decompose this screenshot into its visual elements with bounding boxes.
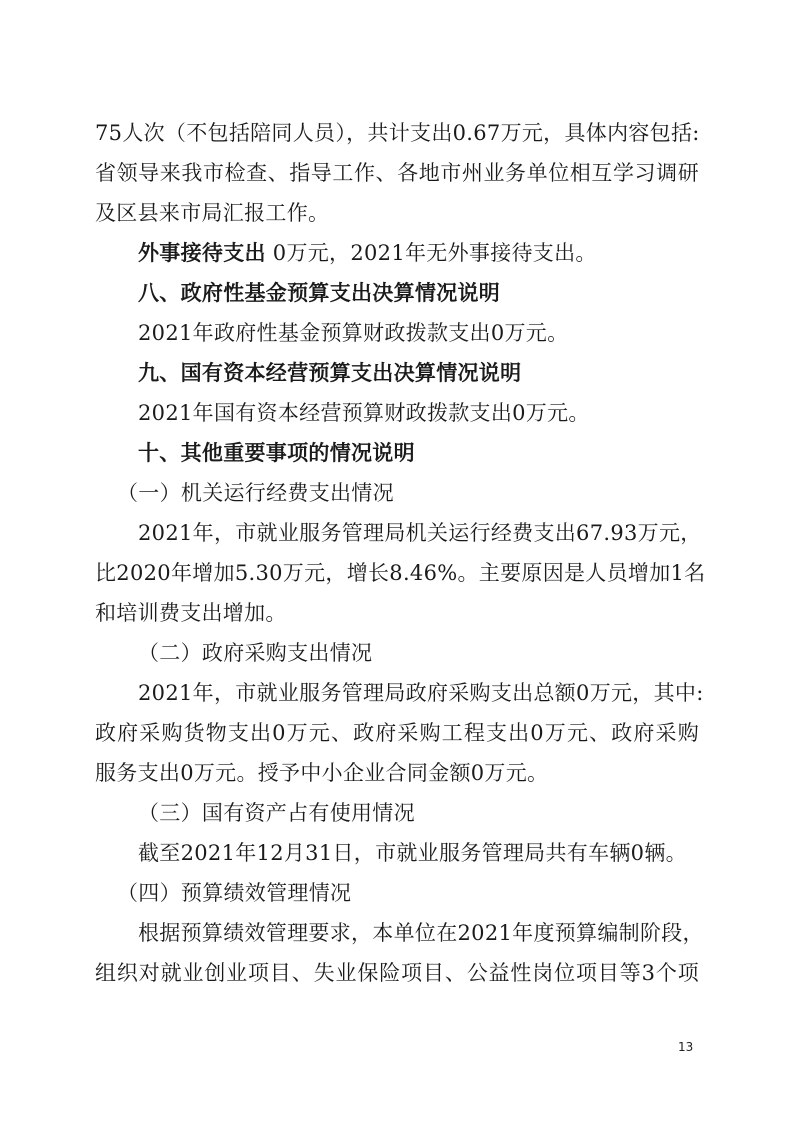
paragraph-line: 组织对就业创业项目、失业保险项目、公益性岗位项目等3个项 [95, 953, 699, 993]
subsection-heading-4: （四）预算绩效管理情况 [95, 873, 699, 913]
paragraph-line: 服务支出0万元。授予中小企业合同金额0万元。 [95, 753, 699, 793]
subsection-heading-3: （三）国有资产占有使用情况 [95, 793, 699, 833]
paragraph-line: 75人次（不包括陪同人员），共计支出0.67万元，具体内容包括: [95, 113, 699, 153]
paragraph-line: 和培训费支出增加。 [95, 593, 699, 633]
paragraph-line: 政府采购货物支出0万元、政府采购工程支出0万元、政府采购 [95, 713, 699, 753]
paragraph-line: 根据预算绩效管理要求，本单位在2021年度预算编制阶段， [95, 913, 699, 953]
paragraph-line: 2021年政府性基金预算财政拨款支出0万元。 [95, 313, 699, 353]
section-heading-9: 九、国有资本经营预算支出决算情况说明 [95, 353, 699, 393]
paragraph-text: 0万元，2021年无外事接待支出。 [266, 241, 597, 265]
subsection-heading-1: （一）机关运行经费支出情况 [95, 473, 699, 513]
paragraph-line: 比2020年增加5.30万元，增长8.46%。主要原因是人员增加1名 [95, 553, 699, 593]
document-page: 75人次（不包括陪同人员），共计支出0.67万元，具体内容包括: 省领导来我市检… [95, 113, 699, 993]
paragraph-line: 省领导来我市检查、指导工作、各地市州业务单位相互学习调研 [95, 153, 699, 193]
paragraph-line: 截至2021年12月31日，市就业服务管理局共有车辆0辆。 [95, 833, 699, 873]
paragraph-line: 2021年，市就业服务管理局政府采购支出总额0万元，其中: [95, 673, 699, 713]
subsection-heading-2: （二）政府采购支出情况 [95, 633, 699, 673]
section-heading-10: 十、其他重要事项的情况说明 [95, 433, 699, 473]
paragraph-line: 及区县来市局汇报工作。 [95, 193, 699, 233]
foreign-reception-paragraph: 外事接待支出 0万元，2021年无外事接待支出。 [95, 233, 699, 273]
section-heading-8: 八、政府性基金预算支出决算情况说明 [95, 273, 699, 313]
bold-lead-text: 外事接待支出 [138, 241, 266, 265]
page-number: 13 [678, 1040, 693, 1054]
paragraph-line: 2021年国有资本经营预算财政拨款支出0万元。 [95, 393, 699, 433]
paragraph-line: 2021年，市就业服务管理局机关运行经费支出67.93万元， [95, 513, 699, 553]
